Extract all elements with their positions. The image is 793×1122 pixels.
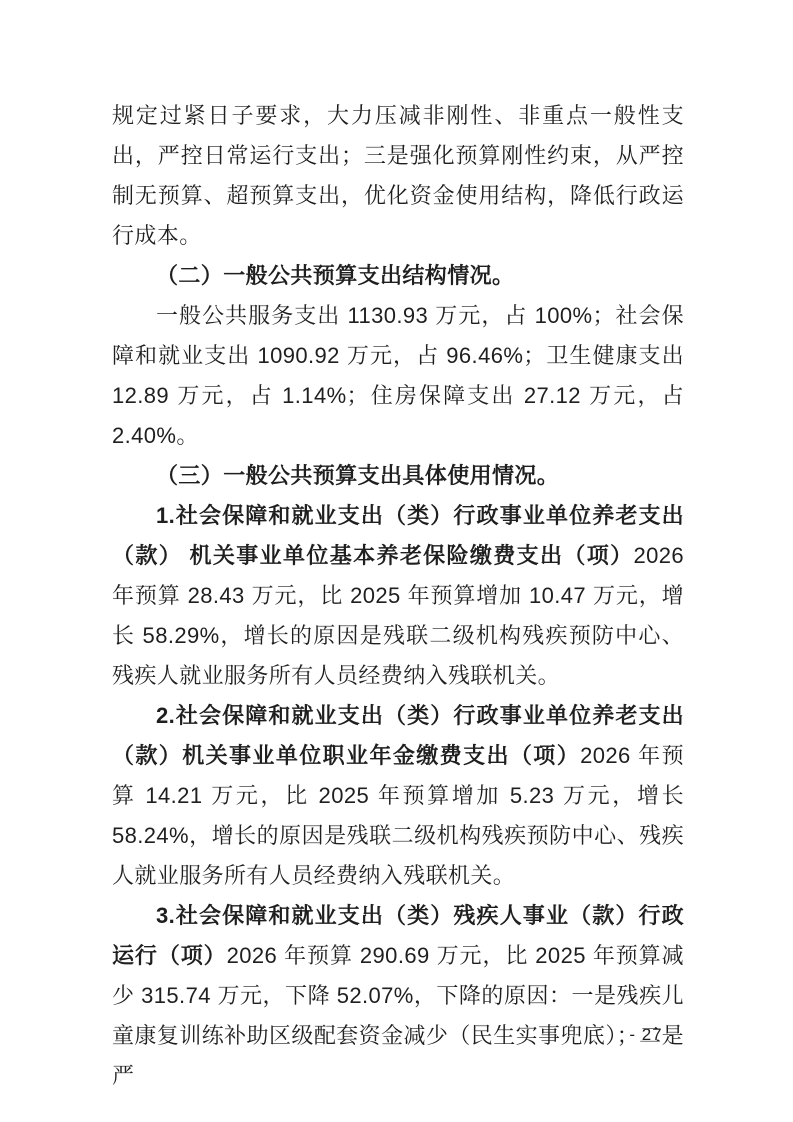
heading-section-3: （三）一般公共预算支出具体使用情况。 xyxy=(112,456,684,496)
bold-text-segment: （二）一般公共预算支出结构情况。 xyxy=(156,263,514,288)
text-segment: 规定过紧日子要求，大力压减非刚性、非重点一般性支出，严控日常运行支出；三是强化预… xyxy=(112,103,684,248)
page-number: - 27 - xyxy=(629,1024,675,1046)
paragraph-expenditure-structure: 一般公共服务支出 1130.93 万元，占 100%；社会保障和就业支出 109… xyxy=(112,296,684,456)
paragraph-item-1: 1.社会保障和就业支出（类）行政事业单位养老支出（款） 机关事业单位基本养老保险… xyxy=(112,496,684,696)
paragraph-item-3: 3.社会保障和就业支出（类）残疾人事业（款）行政运行（项）2026 年预算 29… xyxy=(112,896,684,1096)
bold-text-segment: （三）一般公共预算支出具体使用情况。 xyxy=(156,463,559,488)
document-body: 规定过紧日子要求，大力压减非刚性、非重点一般性支出，严控日常运行支出；三是强化预… xyxy=(112,96,684,1096)
heading-section-2: （二）一般公共预算支出结构情况。 xyxy=(112,256,684,296)
paragraph-budget-discipline-continuation: 规定过紧日子要求，大力压减非刚性、非重点一般性支出，严控日常运行支出；三是强化预… xyxy=(112,96,684,256)
document-page: 规定过紧日子要求，大力压减非刚性、非重点一般性支出，严控日常运行支出；三是强化预… xyxy=(0,0,793,1122)
paragraph-item-2: 2.社会保障和就业支出（类）行政事业单位养老支出（款）机关事业单位职业年金缴费支… xyxy=(112,696,684,896)
bold-text-segment: 1.社会保障和就业支出（类）行政事业单位养老支出（款） 机关事业单位基本养老保险… xyxy=(112,503,684,568)
text-segment: 一般公共服务支出 1130.93 万元，占 100%；社会保障和就业支出 109… xyxy=(112,303,684,448)
